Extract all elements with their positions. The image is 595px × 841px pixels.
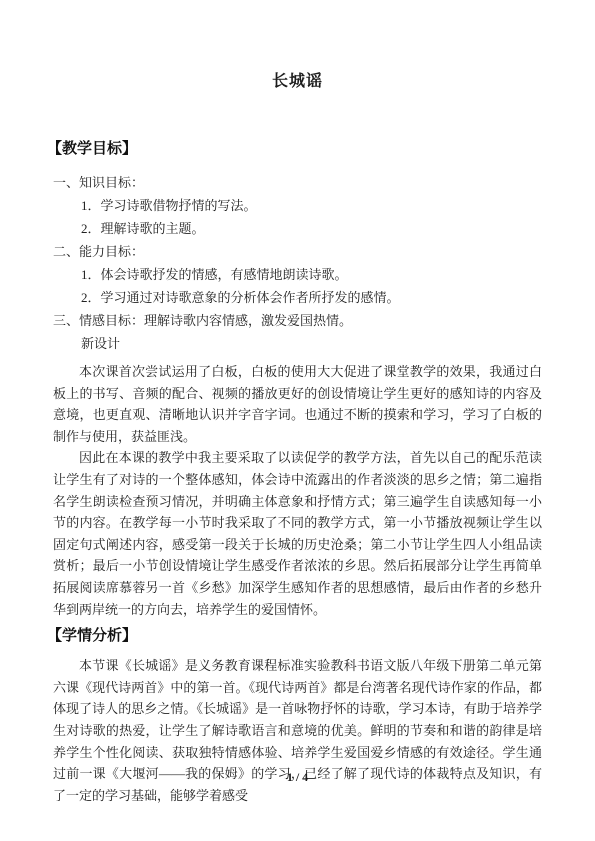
paragraph-whiteboard-reflection: 本次课首次尝试运用了白板，白板的使用大大促进了课堂教学的效果，我通过白板上的书写… bbox=[53, 361, 542, 447]
paragraph-teaching-method: 因此在本课的教学中我主要采取了以读促学的教学方法，首先以自己的配乐范读让学生有了… bbox=[53, 447, 542, 620]
goal-emotion-header: 三、情感目标：理解诗歌内容情感，激发爱国热情。 bbox=[53, 309, 542, 332]
new-design-label: 新设计 bbox=[53, 332, 542, 355]
goal-knowledge-header: 一、知识目标： bbox=[53, 171, 542, 194]
goal-ability-header: 二、能力目标： bbox=[53, 240, 542, 263]
teaching-goals-body: 本次课首次尝试运用了白板，白板的使用大大促进了课堂教学的效果，我通过白板上的书写… bbox=[53, 361, 542, 620]
section-heading-learning-analysis: 【学情分析】 bbox=[47, 623, 542, 649]
document-title: 长城谣 bbox=[53, 72, 542, 92]
document-page: 长城谣 【教学目标】 一、知识目标： 1．学习诗歌借物抒情的写法。 2．理解诗歌… bbox=[0, 0, 595, 841]
goal-ability-item-2: 2．学习通过对诗歌意象的分析体会作者所抒发的感情。 bbox=[53, 286, 542, 309]
page-number: 1 / 4 bbox=[0, 770, 595, 785]
teaching-goals-list: 一、知识目标： 1．学习诗歌借物抒情的写法。 2．理解诗歌的主题。 二、能力目标… bbox=[53, 171, 542, 355]
goal-knowledge-item-2: 2．理解诗歌的主题。 bbox=[53, 217, 542, 240]
section-heading-teaching-goals: 【教学目标】 bbox=[47, 136, 542, 162]
goal-knowledge-item-1: 1．学习诗歌借物抒情的写法。 bbox=[53, 194, 542, 217]
goal-ability-item-1: 1．体会诗歌抒发的情感，有感情地朗读诗歌。 bbox=[53, 263, 542, 286]
